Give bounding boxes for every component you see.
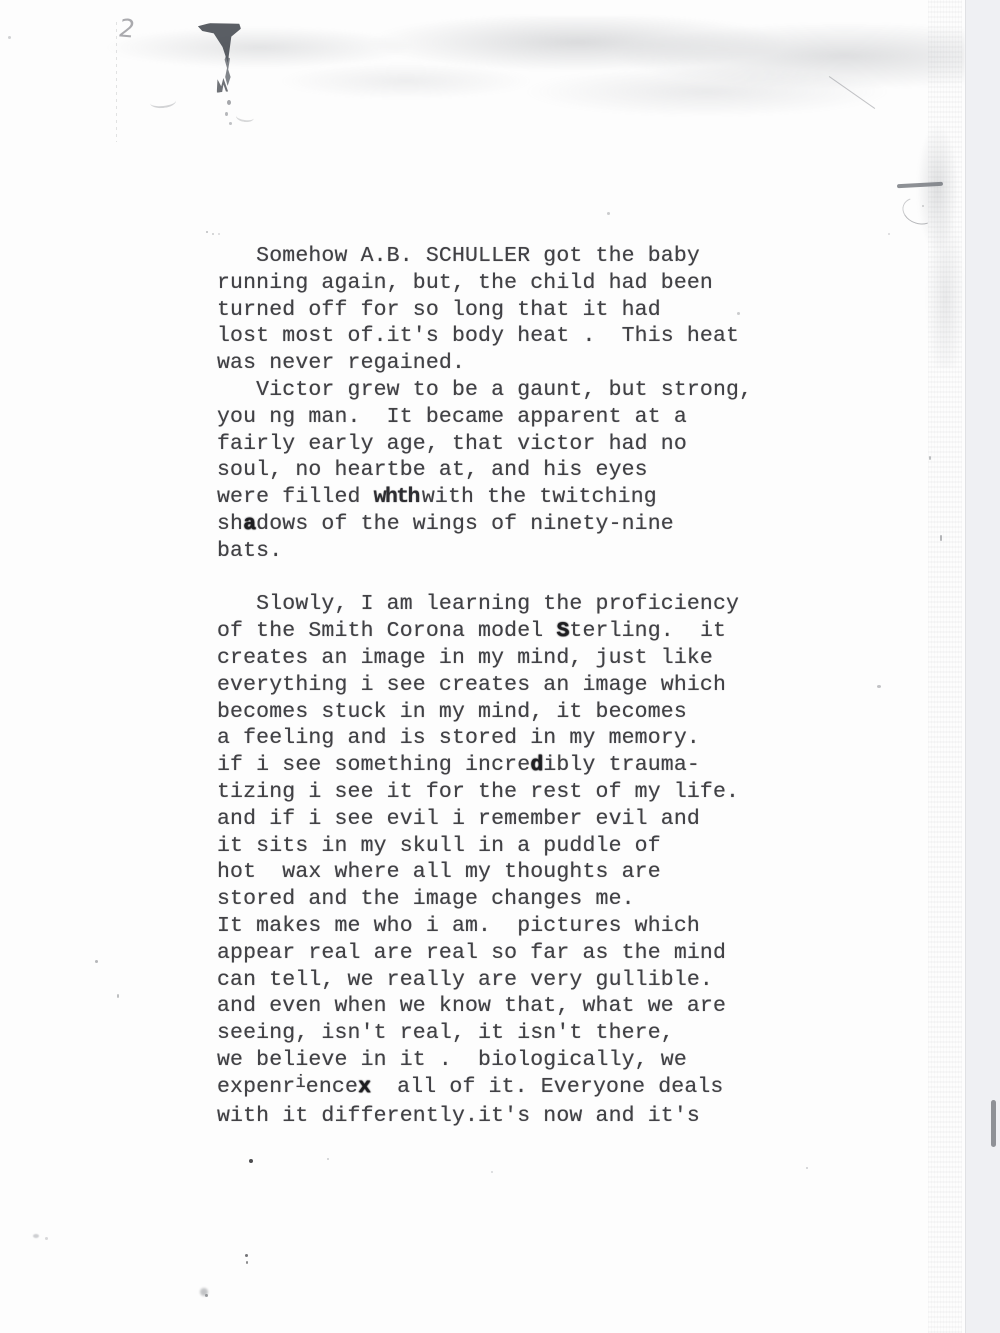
- typewritten-line: [217, 565, 797, 592]
- typewritten-line: fairly early age, that victor had no: [217, 431, 797, 458]
- dust-speck: [212, 233, 214, 235]
- typewritten-line: seeing, isn't real, it isn't there,: [217, 1020, 797, 1047]
- dust-speck: [877, 685, 881, 688]
- dust-speck: [888, 233, 890, 235]
- typewritten-line: It makes me who i am. pictures which: [217, 913, 797, 940]
- typewritten-line: with it differently.it's now and it's: [217, 1103, 797, 1130]
- typewritten-line: tizing i see it for the rest of my life.: [217, 779, 797, 806]
- typewritten-line: expenriencex all of it. Everyone deals: [217, 1074, 797, 1103]
- typewritten-line: a feeling and is stored in my memory.: [217, 725, 797, 752]
- dust-speck: [806, 1167, 808, 1169]
- typewritten-line: and even when we know that, what we are: [217, 993, 797, 1020]
- typewritten-line: was never regained.: [217, 350, 797, 377]
- typewritten-line: running again, but, the child had been: [217, 270, 797, 297]
- typewritten-line: stored and the image changes me.: [217, 886, 797, 913]
- viewer-gutter: [965, 0, 1000, 1333]
- dust-speck: [245, 1254, 248, 1257]
- dust-speck: [491, 1171, 493, 1173]
- document-viewer: 2 Somehow A.B. SCHULLER got the babyrunn…: [0, 0, 1000, 1333]
- typewritten-line: you ng man. It became apparent at a: [217, 404, 797, 431]
- dust-speck: [940, 535, 942, 541]
- dust-speck: [922, 205, 924, 207]
- typewritten-line: creates an image in my mind, just like: [217, 645, 797, 672]
- typewritten-line: bats.: [217, 538, 797, 565]
- dust-speck: [327, 1158, 329, 1160]
- typewritten-line: appear real are real so far as the mind: [217, 940, 797, 967]
- typewritten-line: and if i see evil i remember evil and: [217, 806, 797, 833]
- typewritten-line: were filled whthwith the twitching: [217, 484, 797, 511]
- typewritten-line: becomes stuck in my mind, it becomes: [217, 699, 797, 726]
- typewritten-line: shadows of the wings of ninety-nine: [217, 511, 797, 538]
- ink-drip: [227, 100, 231, 105]
- dust-speck: [218, 233, 220, 235]
- scrollbar-thumb[interactable]: [991, 1100, 996, 1147]
- scanner-speckle-column: [928, 0, 962, 1333]
- dust-speck: [737, 312, 740, 315]
- dust-speck: [246, 1261, 248, 1264]
- typewritten-line: soul, no heartbe at, and his eyes: [217, 457, 797, 484]
- dust-speck: [205, 1294, 208, 1297]
- dust-speck: [33, 1234, 39, 1238]
- scanned-document-page: 2 Somehow A.B. SCHULLER got the babyrunn…: [0, 0, 965, 1333]
- typewritten-line: of the Smith Corona model Sterling. it: [217, 618, 797, 645]
- typewritten-line: can tell, we really are very gullible.: [217, 967, 797, 994]
- typewritten-line: Somehow A.B. SCHULLER got the baby: [217, 243, 797, 270]
- typewritten-line: Victor grew to be a gaunt, but strong,: [217, 377, 797, 404]
- typewritten-line: it sits in my skull in a puddle of: [217, 833, 797, 860]
- dust-speck: [607, 212, 610, 215]
- typewritten-line: everything i see creates an image which: [217, 672, 797, 699]
- dust-speck: [8, 36, 11, 39]
- ink-drip: [225, 112, 228, 116]
- ink-drip: [229, 122, 232, 125]
- dust-speck: [45, 1237, 48, 1240]
- typewritten-text: Somehow A.B. SCHULLER got the babyrunnin…: [217, 243, 797, 1129]
- typewritten-line: we believe in it . biologically, we: [217, 1047, 797, 1074]
- typewritten-line: turned off for so long that it had: [217, 297, 797, 324]
- dust-speck: [249, 1159, 253, 1163]
- dust-speck: [206, 231, 208, 233]
- typewritten-line: if i see something incredibly trauma-: [217, 752, 797, 779]
- typewritten-line: Slowly, I am learning the proficiency: [217, 591, 797, 618]
- dust-speck: [95, 960, 98, 963]
- typewritten-line: hot wax where all my thoughts are: [217, 859, 797, 886]
- dust-speck: [929, 456, 931, 460]
- dust-speck: [117, 994, 119, 998]
- typewritten-line: lost most of.it's body heat . This heat: [217, 323, 797, 350]
